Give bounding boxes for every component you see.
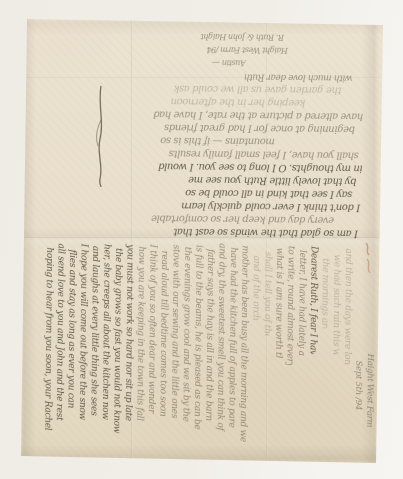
handwriting-line: Sept 5th /94 bbox=[351, 245, 365, 465]
handwriting-line: read aloud till bedtime comes too soon bbox=[156, 242, 170, 444]
handwriting-line: and then the days were long bbox=[340, 244, 353, 365]
handwriting-line: letter, I have had lately a lot bbox=[294, 244, 307, 359]
handwriting-line: is full to the beams, he is pleased as c… bbox=[190, 243, 204, 456]
handwriting-line: the mornings are bright bbox=[318, 244, 330, 328]
letter-scan: I am so glad that the winds so east that… bbox=[0, 0, 403, 479]
bottom-page-rotated-90: Haight West FarmSept 5th /94and then the… bbox=[37, 241, 376, 465]
handwriting-line: Dearest Ruth, I fear I have a bbox=[306, 244, 319, 354]
handwriting-line: father says the hay is all in and the ba… bbox=[201, 243, 215, 450]
handwriting-line: have had the kitchen full of apples to p… bbox=[224, 243, 238, 452]
handwriting-line: the evenings grow cool and we sit by the bbox=[179, 243, 193, 448]
handwriting-line: Haight West Farm bbox=[362, 245, 376, 465]
handwriting-line: we had such rain this week bbox=[329, 244, 342, 354]
handwriting-line: her, she creeps all about the kitchen no… bbox=[98, 242, 112, 451]
top-page-rotated-180: I am so glad that the winds so east that… bbox=[34, 20, 366, 239]
handwriting-line: all send love to you and John and the re… bbox=[52, 241, 66, 452]
handwriting-line: mother has been busy all the morning and… bbox=[236, 243, 250, 456]
letter-paper: I am so glad that the winds so east that… bbox=[0, 0, 403, 479]
handwriting-line: how you are keeping in the town this fal… bbox=[132, 242, 146, 453]
handwriting-line: what is I am sure worth the while bbox=[271, 244, 284, 359]
handwriting-line: to write, round almost every day bbox=[283, 244, 296, 365]
handwriting-line: I think of you so often dear and wonder bbox=[144, 242, 158, 449]
handwriting-line: the baby grows so fast you would not kno… bbox=[109, 242, 123, 455]
handwriting-line: and dry, the sweetest smell you can thin… bbox=[213, 243, 227, 459]
handwriting-line: and of the orchard too bbox=[249, 243, 261, 320]
handwriting-line: shall I tell you of the farm bbox=[260, 244, 272, 337]
handwriting-line: hoping to hear from you soon, your Rache… bbox=[40, 241, 54, 457]
handwriting-line: I hope you will come out before the snow bbox=[75, 242, 89, 449]
handwriting-line: you must not work so hard nor sit up lat… bbox=[121, 242, 135, 451]
handwriting-line: and laughs at every little thing she see… bbox=[86, 242, 100, 455]
